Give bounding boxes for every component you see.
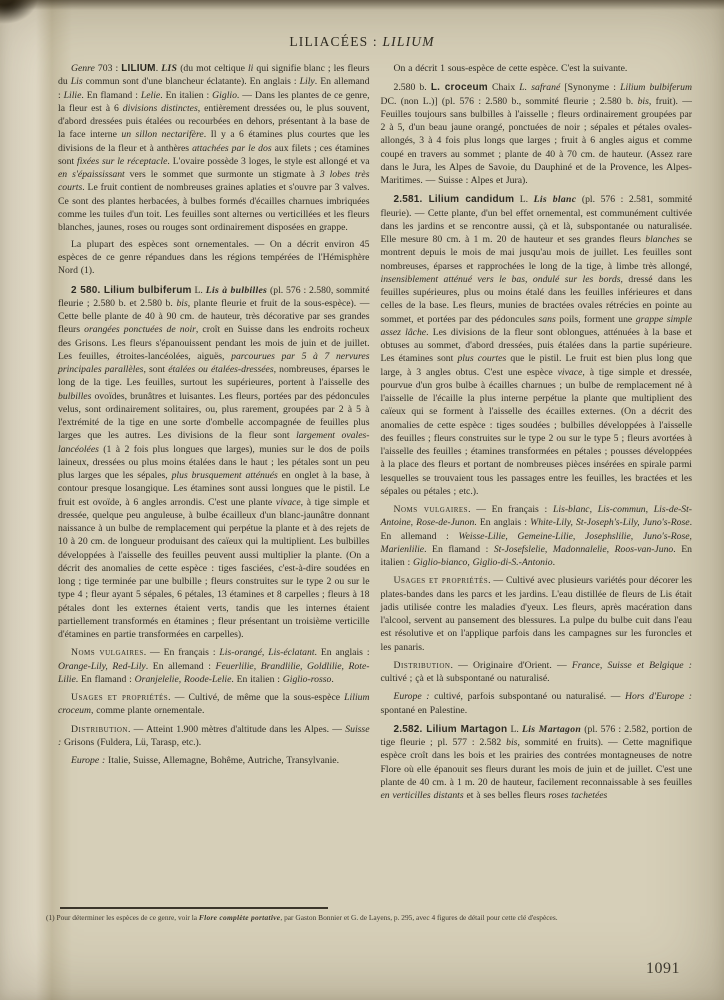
text-run: . En flamand : (81, 90, 140, 101)
text-run: commun sont d'une blancheur éclatante). … (83, 76, 300, 87)
text-run: St-Josefslelie, Madonnalelie, Roos-van-J… (494, 544, 673, 555)
text-run: Lis Martagon (522, 724, 581, 735)
text-run: bis (506, 737, 517, 748)
text-run: divisions distinctes (123, 103, 198, 114)
paragraph: Distribution. — Atteint 1.900 mètres d'a… (58, 723, 370, 750)
text-run: cultivé ; çà et là subspontané ou natura… (381, 673, 550, 684)
text-run: Chaix (488, 82, 519, 93)
text-run: vers le sommet que surmonte un stigmate … (125, 169, 320, 180)
text-run: , sont (143, 364, 168, 375)
text-run: blanches (645, 234, 679, 245)
text-run: . (331, 674, 333, 685)
text-run: . En flamand : (76, 674, 135, 685)
paragraph: 2.580 b. L. croceum Chaix L. safrané [Sy… (381, 81, 693, 187)
text-run: Noms vulgaires (71, 647, 144, 658)
paragraph: Europe : Italie, Suisse, Allemagne, Bohê… (58, 754, 370, 767)
text-run: Lis (71, 76, 83, 87)
text-run: Distribution (71, 724, 128, 735)
text-run: On a décrit 1 sous-espèce de cette espèc… (394, 63, 628, 74)
text-run: L. croceum (431, 82, 488, 93)
text-run: poils, forment une (556, 314, 636, 325)
text-run: orangées ponctuées de noir (84, 324, 196, 335)
footnote-text: (1) Pour déterminer les espèces de ce ge… (46, 913, 558, 922)
text-run: Lelie (141, 90, 160, 101)
paragraph: Noms vulgaires. — En français : Lis-blan… (381, 503, 693, 569)
text-columns: Genre 703 : LILIUM. LIS (du mot celtique… (58, 62, 692, 806)
paragraph: Genre 703 : LILIUM. LIS (du mot celtique… (58, 62, 370, 234)
text-run: , à tige simple et dressée, pourvue d'un… (381, 367, 693, 497)
text-run: Oranjelelie, Roode-Lelie (135, 674, 232, 685)
right-column: On a décrit 1 sous-espèce de cette espèc… (381, 62, 693, 806)
text-run: . En italien : (160, 90, 212, 101)
text-run: . — Cultivé avec plusieurs variétés pour… (381, 575, 693, 652)
text-run: . En flamand : (424, 544, 494, 555)
footnote-rule (60, 907, 328, 909)
left-column: Genre 703 : LILIUM. LIS (du mot celtique… (58, 62, 370, 806)
book-page: LILIACÉES : LILIUM Genre 703 : LILIUM. L… (0, 0, 724, 1000)
text-run: insensiblement atténué vers le bas, ondu… (381, 274, 621, 285)
text-run: L. safrané (519, 82, 560, 93)
text-run: Usages et propriétés (71, 692, 168, 703)
text-run: 2 580. Lilium bulbiferum (71, 285, 192, 296)
text-run: Lilie (64, 90, 82, 101)
text-run: vivace (558, 367, 583, 378)
text-run: White-Lily, St-Joseph's-Lily, Juno's-Ros… (530, 517, 689, 528)
text-run: [Synonyme : (560, 82, 620, 93)
paragraph: 2.582. Lilium Martagon L. Lis Martagon (… (381, 723, 693, 803)
text-run: Orange-Lily, Red-Lily (58, 661, 146, 672)
text-run: LILIACÉES (289, 34, 368, 49)
text-run: Lis-orangé, Lis-éclatant (219, 647, 314, 658)
paragraph: Usages et propriétés. — Cultivé avec plu… (381, 574, 693, 654)
paragraph: La plupart des espèces sont ornementales… (58, 238, 370, 278)
text-run: Grisons (Fuldera, Lü, Tarasp, etc.). (61, 737, 201, 748)
text-run: DC. (non L.)] (pl. 576 : 2.580 b., sommi… (381, 96, 638, 107)
text-run: bis (638, 96, 649, 107)
text-run: et à ses belles fleurs (464, 790, 549, 801)
text-run: . — Cultivé, de même que la sous-espèce (168, 692, 344, 703)
text-run: , à tige simple et dressée, quelque peu … (58, 497, 370, 641)
text-run: . — En français : (468, 504, 553, 515)
text-run: , fruit). — Feuilles toujours sans bulbi… (381, 96, 693, 187)
text-run: . En italien : (231, 674, 282, 685)
text-run: . Le fruit contient de nombreuses graine… (58, 182, 370, 233)
text-run: Giglio-bianco, Giglio-di-S.-Antonio (413, 557, 553, 568)
text-run: . — En français : (144, 647, 220, 658)
text-run: bulbilles (58, 391, 91, 402)
text-run: attachées par le dos (192, 143, 272, 154)
footnote: (1) Pour déterminer les espèces de ce ge… (32, 913, 696, 923)
text-run: LILIUM (382, 34, 434, 49)
page-header: LILIACÉES : LILIUM (0, 34, 724, 50)
text-run: en s'épaississant (58, 169, 125, 180)
text-run: sans (539, 314, 556, 325)
text-run: Italie, Suisse, Allemagne, Bohême, Autri… (105, 755, 339, 766)
text-run: Europe : (71, 755, 105, 766)
text-run: Noms vulgaires (394, 504, 469, 515)
text-run: L. (514, 194, 533, 205)
text-run: Hors d'Europe : (625, 691, 692, 702)
text-run: plus brusquement atténués (172, 470, 278, 481)
text-run: , par Gaston Bonnier et G. de Layens, p.… (280, 913, 557, 922)
text-run: . En anglais : (474, 517, 530, 528)
text-run: . En anglais : (315, 647, 370, 658)
text-run: étalées ou étalées-dressées (168, 364, 273, 375)
text-run: roses tachetées (548, 790, 607, 801)
text-run: France, Suisse et Belgique : (572, 660, 692, 671)
top-edge-shadow (0, 0, 724, 10)
text-run: : (368, 34, 382, 49)
text-run: vivace (276, 497, 301, 508)
text-run: La plupart des espèces sont ornementales… (58, 239, 370, 277)
text-run: Giglio (212, 90, 237, 101)
text-run: . — Originaire d'Orient. — (450, 660, 571, 671)
text-run: 2.581. Lilium candidum (394, 194, 515, 205)
text-run: Europe : (394, 691, 430, 702)
text-run: LILIUM (121, 63, 156, 74)
text-run: Lily (300, 76, 315, 87)
text-run: 2.580 b. (394, 82, 431, 93)
text-run: . — Atteint 1.900 mètres d'altitude dans… (128, 724, 345, 735)
text-run: 2.582. Lilium Martagon (394, 724, 508, 735)
text-run: Lis à bulbilles (206, 285, 267, 296)
text-run: 703 : (95, 63, 121, 74)
text-run: , comme plante ornementale. (91, 705, 204, 716)
paragraph: Distribution. — Originaire d'Orient. — F… (381, 659, 693, 686)
text-run: Flore complète portative (199, 913, 281, 922)
text-run: un sillon nectarifère (121, 129, 203, 140)
text-run: . L'ovaire possède 3 loges, le style est… (167, 156, 369, 167)
paragraph: Usages et propriétés. — Cultivé, de même… (58, 691, 370, 718)
text-run: Giglio-rosso (283, 674, 332, 685)
paragraph: 2 580. Lilium bulbiferum L. Lis à bulbil… (58, 284, 370, 642)
text-run: spontané en Palestine. (381, 705, 468, 716)
text-run: . En allemand : (146, 661, 216, 672)
paragraph: Noms vulgaires. — En français : Lis-oran… (58, 646, 370, 686)
paragraph: On a décrit 1 sous-espèce de cette espèc… (381, 62, 693, 75)
page-number: 1091 (646, 960, 680, 978)
paragraph: 2.581. Lilium candidum L. Lis blanc (pl.… (381, 193, 693, 498)
text-run: (du mot celtique (177, 63, 248, 74)
text-run: . (553, 557, 555, 568)
paragraph: Europe : cultivé, parfois subspontané ou… (381, 690, 693, 717)
text-run: Lis blanc (534, 194, 577, 205)
text-run: L. (507, 724, 522, 735)
text-run: bis (176, 298, 187, 309)
text-run: Distribution (394, 660, 451, 671)
text-run: cultivé, parfois subspontané ou naturali… (430, 691, 626, 702)
text-run: Usages et propriétés (394, 575, 489, 586)
text-run: fixées sur le réceptacle (77, 156, 167, 167)
text-run: (1) Pour déterminer les espèces de ce ge… (46, 913, 199, 922)
text-run: Lilium bulbiferum (620, 82, 692, 93)
text-run: LIS (161, 63, 177, 74)
text-run: L. (192, 285, 206, 296)
text-run: Genre (71, 63, 95, 74)
text-run: en verticilles distants (381, 790, 464, 801)
text-run: plus courtes (457, 353, 506, 364)
